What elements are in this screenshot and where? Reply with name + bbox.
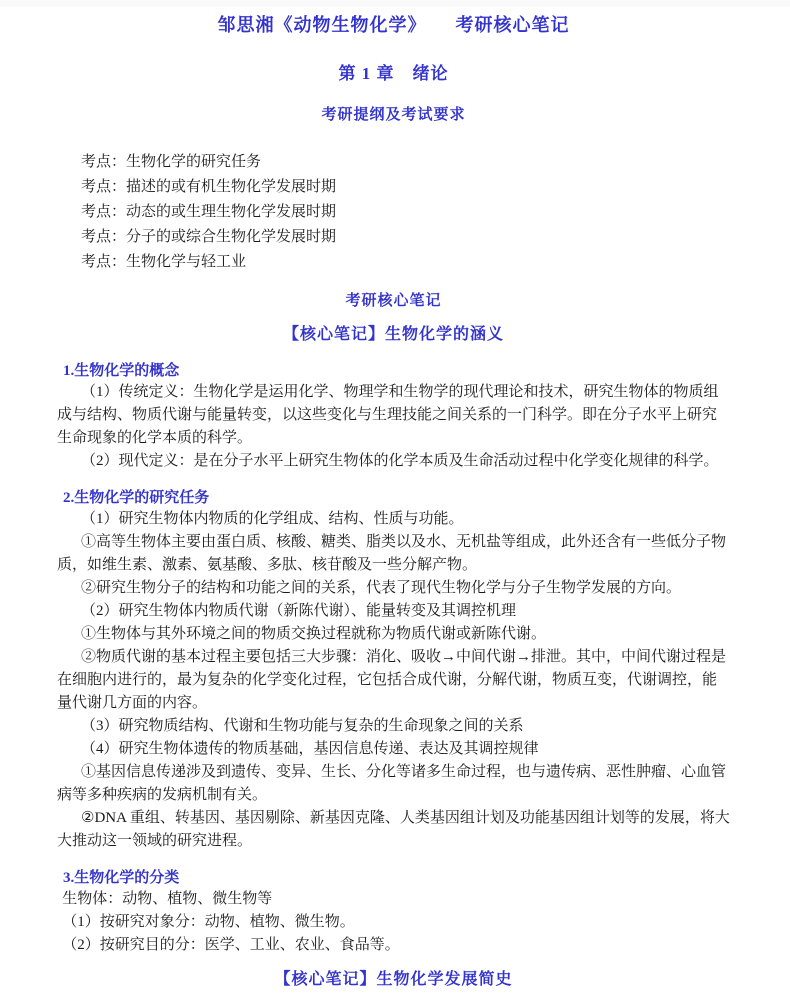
exam-point: 考点：生物化学与轻工业 <box>57 250 730 275</box>
paragraph: （1）传统定义：生物化学是运用化学、物理学和生物学的现代理论和技术，研究生物体的… <box>57 381 730 450</box>
core-note-section-heading: 【核心笔记】生物化学的涵义 <box>57 324 730 346</box>
paragraph: （3）研究物质结构、代谢和生物功能与复杂的生命现象之间的关系 <box>57 715 730 738</box>
paragraph: ②DNA 重组、转基因、基因剔除、新基因克隆、人类基因组计划及功能基因组计划等的… <box>57 807 730 853</box>
paragraph: （1）研究生物体内物质的化学组成、结构、性质与功能。 <box>57 508 730 531</box>
paragraph: ①基因信息传递涉及到遗传、变异、生长、分化等诸多生命过程，也与遗传病、恶性肿瘤、… <box>57 761 730 807</box>
paragraph: 生物体：动物、植物、微生物等 <box>57 888 730 911</box>
chapter-heading: 第 1 章 绪论 <box>57 63 730 85</box>
core-notes-heading: 考研核心笔记 <box>57 291 730 312</box>
exam-points-list: 考点：生物化学的研究任务考点：描述的或有机生物化学发展时期考点：动态的或生理生物… <box>57 150 730 275</box>
core-note-section-heading: 【核心笔记】生物化学发展简史 <box>57 969 730 991</box>
paragraph: （2）按研究目的分：医学、工业、农业、食品等。 <box>57 934 730 957</box>
outline-heading: 考研提纲及考试要求 <box>57 105 730 126</box>
page-top-strip <box>0 0 790 7</box>
document-page: 邹思湘《动物生物化学》 考研核心笔记 第 1 章 绪论 考研提纲及考试要求 考点… <box>0 0 790 998</box>
sections-container: 【核心笔记】生物化学的涵义1.生物化学的概念（1）传统定义：生物化学是运用化学、… <box>57 324 730 991</box>
paragraph: （1）按研究对象分：动物、植物、微生物。 <box>57 911 730 934</box>
exam-point: 考点：分子的或综合生物化学发展时期 <box>57 225 730 250</box>
paragraph: ②研究生物分子的结构和功能之间的关系，代表了现代生物化学与分子生物学发展的方向。 <box>57 577 730 600</box>
paragraph: ①生物体与其外环境之间的物质交换过程就称为物质代谢或新陈代谢。 <box>57 623 730 646</box>
exam-point: 考点：生物化学的研究任务 <box>57 150 730 175</box>
paragraph: （4）研究生物体遗传的物质基础，基因信息传递、表达及其调控规律 <box>57 738 730 761</box>
exam-point: 考点：描述的或有机生物化学发展时期 <box>57 175 730 200</box>
document-title: 邹思湘《动物生物化学》 考研核心笔记 <box>57 12 730 38</box>
paragraph: （2）现代定义：是在分子水平上研究生物体的化学本质及生命活动过程中化学变化规律的… <box>57 450 730 473</box>
paragraph: ①高等生物体主要由蛋白质、核酸、糖类、脂类以及水、无机盐等组成，此外还含有一些低… <box>57 531 730 577</box>
paragraph: （2）研究生物体内物质代谢（新陈代谢）、能量转变及其调控机理 <box>57 600 730 623</box>
subsection-title: 3.生物化学的分类 <box>63 868 730 888</box>
exam-point: 考点：动态的或生理生物化学发展时期 <box>57 200 730 225</box>
subsection-title: 2.生物化学的研究任务 <box>63 488 730 508</box>
subsection-title: 1.生物化学的概念 <box>63 361 730 381</box>
paragraph: ②物质代谢的基本过程主要包括三大步骤：消化、吸收→中间代谢→排泄。其中，中间代谢… <box>57 646 730 715</box>
